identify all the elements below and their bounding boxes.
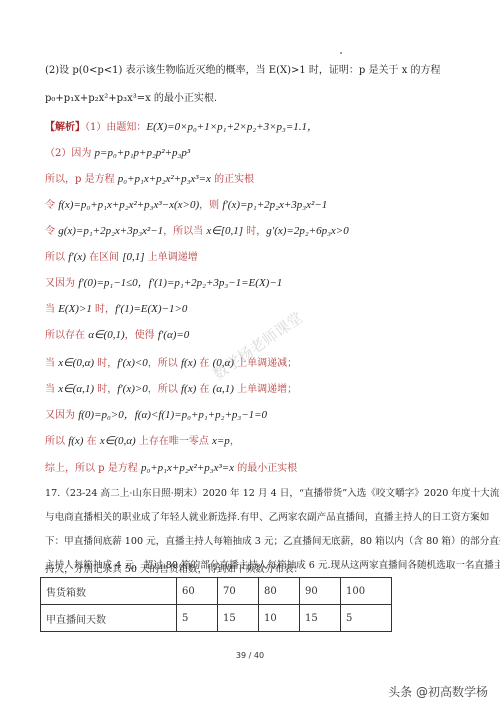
table-row: 甲直播间天数 5 15 10 15 5	[41, 605, 392, 632]
frequency-table: 售货箱数 60 70 80 90 100 甲直播间天数 5 15 10 15 5	[40, 577, 392, 632]
solution-line-10: 当 x∈(0,α) 时，f′(x)<0，所以 f(x) 在 (0,α) 上单调递…	[45, 356, 297, 371]
solution-line-1: 【解析】（1）由题知：E(X)=0×p₀+1×p₁+2×p₂+3×p₃=1.1，	[45, 120, 318, 135]
page-number: 39 / 40	[0, 651, 500, 660]
question-part-2-line2: p₀+p₁x+p₂x²+p₃x³=x 的最小正实根.	[45, 92, 217, 106]
brand-watermark: 头条 @初高数学杨	[388, 683, 488, 700]
question-17-line3: 下：甲直播间底薪 100 元，直播主持人每箱抽成 3 元；乙直播间无底薪，80 …	[45, 535, 500, 549]
solution-tag: 【解析】	[45, 122, 85, 133]
solution-line-6: 所以 f′(x) 在区间 [0,1] 上单调递增	[45, 250, 198, 265]
watermark: 数学杨老师课堂	[208, 307, 306, 384]
solution-line-4: 令 f(x)=p₀+p₁x+p₂x²+p₃x³−x(x>0)，则 f′(x)=p…	[45, 198, 327, 213]
solution-line-9: 所以存在 α∈(0,1)，使得 f′(α)=0	[45, 328, 189, 343]
solution-line-7: 又因为 f′(0)=p₁−1≤0，f′(1)=p₁+2p₂+3p₃−1=E(X)…	[45, 276, 282, 291]
table-row: 售货箱数 60 70 80 90 100	[41, 578, 392, 605]
solution-conclusion: 综上，所以 p 是方程 p₀+p₁x+p₂x²+p₃x³=x 的最小正实根	[45, 461, 297, 476]
solution-line-12: 又因为 f(0)=p₀>0，f(α)<f(1)=p₀+p₁+p₂+p₃−1=0	[45, 408, 267, 423]
solution-line-3: 所以，p 是方程 p₀+p₁x+p₂x²+p₃x³=x 的正实根	[45, 172, 254, 187]
question-17-line2: 与电商直播相关的职业成了年轻人就业新选择.有甲、乙两家农副产品直播间，直播主持人…	[45, 511, 489, 525]
solution-line-8: 当 E(X)>1 时，f′(1)=E(X)−1>0	[45, 302, 187, 317]
solution-line-11: 当 x∈(α,1) 时，f′(x)>0，所以 f(x) 在 (α,1) 上单调递…	[45, 382, 297, 397]
solution-line-13: 所以 f(x) 在 x∈(0,α) 上存在唯一零点 x=p，	[45, 434, 240, 449]
speck	[340, 52, 342, 54]
question-part-2-line1: (2)设 p(0<p<1) 表示该生物临近灭绝的概率，当 E(X)>1 时，证明…	[45, 64, 441, 78]
solution-line-5: 令 g(x)=p₁+2p₂x+3p₃x²−1，所以当 x∈[0,1] 时，g′(…	[45, 224, 349, 239]
question-17-line5: 持人，分别记录其 50 天的售货箱数，得到如下频数分布表：	[45, 563, 303, 577]
question-17-line1: 17.（23-24 高二上·山东日照·期末）2020 年 12 月 4 日，“直…	[45, 487, 500, 501]
solution-line-2: （2）因为 p=p₀+p₁p+p₂p²+p₃p³	[45, 146, 190, 161]
